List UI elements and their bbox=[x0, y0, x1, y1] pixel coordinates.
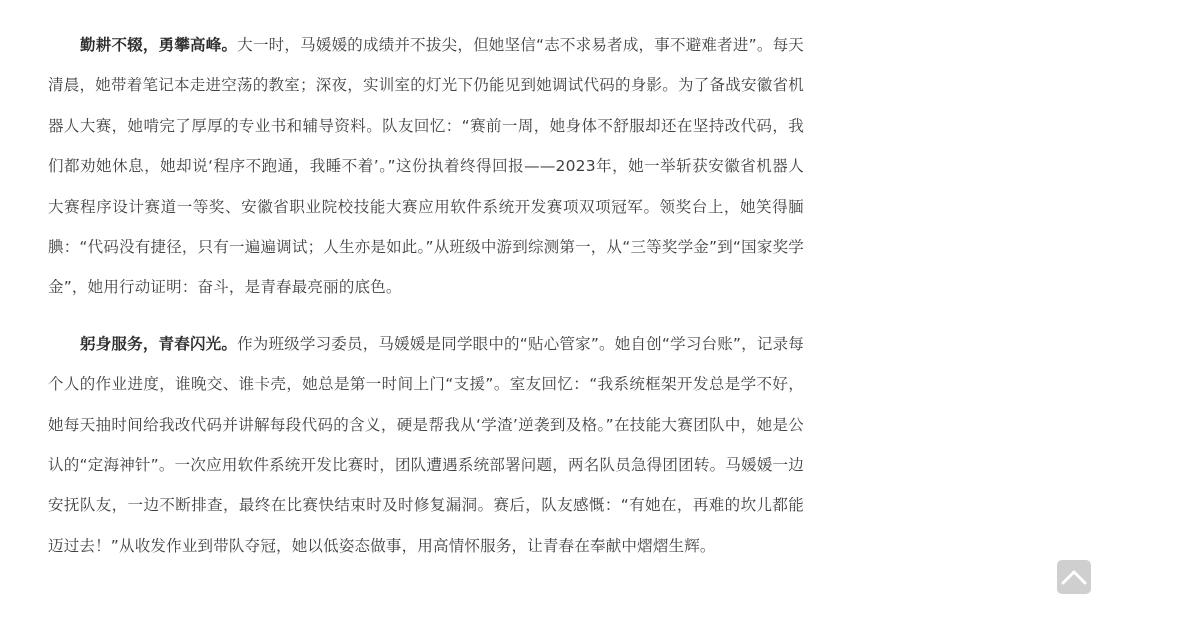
back-to-top-button[interactable] bbox=[1057, 560, 1091, 594]
paragraph-lead-heading: 躬身服务，青春闪光。 bbox=[80, 335, 237, 353]
article-paragraph-1: 勤耕不辍，勇攀高峰。大一时，马媛媛的成绩并不拔尖，但她坚信“志不求易者成，事不避… bbox=[48, 25, 804, 308]
article-body: 勤耕不辍，勇攀高峰。大一时，马媛媛的成绩并不拔尖，但她坚信“志不求易者成，事不避… bbox=[48, 25, 804, 582]
article-paragraph-2: 躬身服务，青春闪光。作为班级学习委员，马媛媛是同学眼中的“贴心管家”。她自创“学… bbox=[48, 324, 804, 566]
paragraph-body-text: 作为班级学习委员，马媛媛是同学眼中的“贴心管家”。她自创“学习台账”，记录每个人… bbox=[48, 335, 804, 555]
chevron-up-icon bbox=[1061, 569, 1087, 585]
paragraph-body-text: 大一时，马媛媛的成绩并不拔尖，但她坚信“志不求易者成，事不避难者进”。每天清晨，… bbox=[48, 36, 804, 296]
paragraph-lead-heading: 勤耕不辍，勇攀高峰。 bbox=[80, 36, 237, 54]
